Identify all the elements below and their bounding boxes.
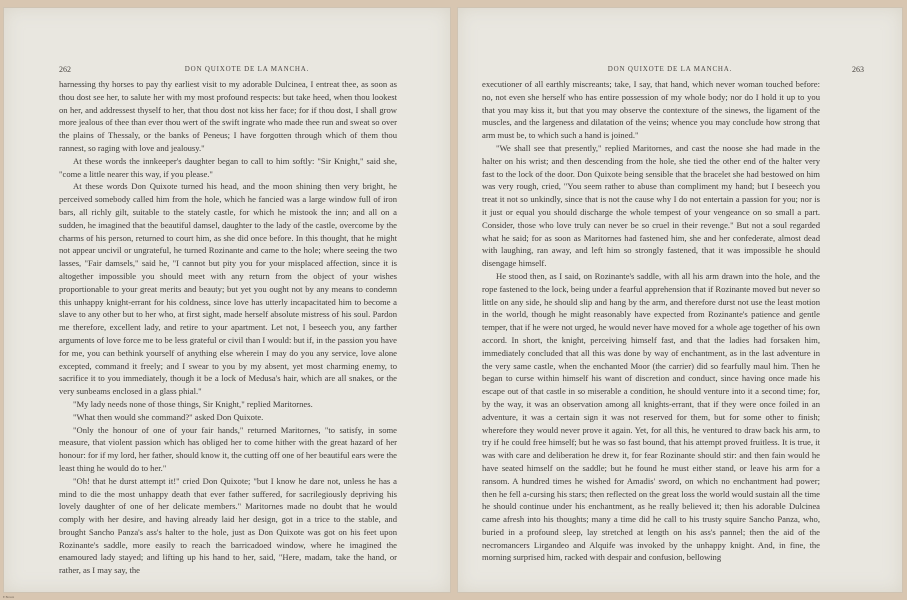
page-number: 263 <box>852 65 864 74</box>
paragraph: He stood then, as I said, on Rozinante's… <box>482 270 820 564</box>
paragraph: harnessing thy horses to pay thy earlies… <box>59 78 397 155</box>
paragraph: "Only the honour of one of your fair han… <box>59 424 397 475</box>
running-head: DON QUIXOTE DE LA MANCHA. <box>44 65 450 73</box>
paragraph: "What then would she command?" asked Don… <box>59 411 397 424</box>
paragraph: executioner of all earthly miscreants; t… <box>482 78 820 142</box>
right-page-body: executioner of all earthly miscreants; t… <box>482 78 820 564</box>
paragraph: "Oh! that he durst attempt it!" cried Do… <box>59 475 397 577</box>
paragraph: At these words Don Quixote turned his he… <box>59 180 397 398</box>
paragraph: "We shall see that presently," replied M… <box>482 142 820 270</box>
paragraph: "My lady needs none of those things, Sir… <box>59 398 397 411</box>
right-page: DON QUIXOTE DE LA MANCHA. 263 executione… <box>457 7 903 593</box>
left-page: 262 DON QUIXOTE DE LA MANCHA. harnessing… <box>3 7 451 593</box>
frame-imprint: E Bowen <box>3 595 14 599</box>
running-head: DON QUIXOTE DE LA MANCHA. <box>438 65 902 73</box>
paragraph: At these words the innkeeper's daughter … <box>59 155 397 181</box>
left-page-body: harnessing thy horses to pay thy earlies… <box>59 78 397 577</box>
